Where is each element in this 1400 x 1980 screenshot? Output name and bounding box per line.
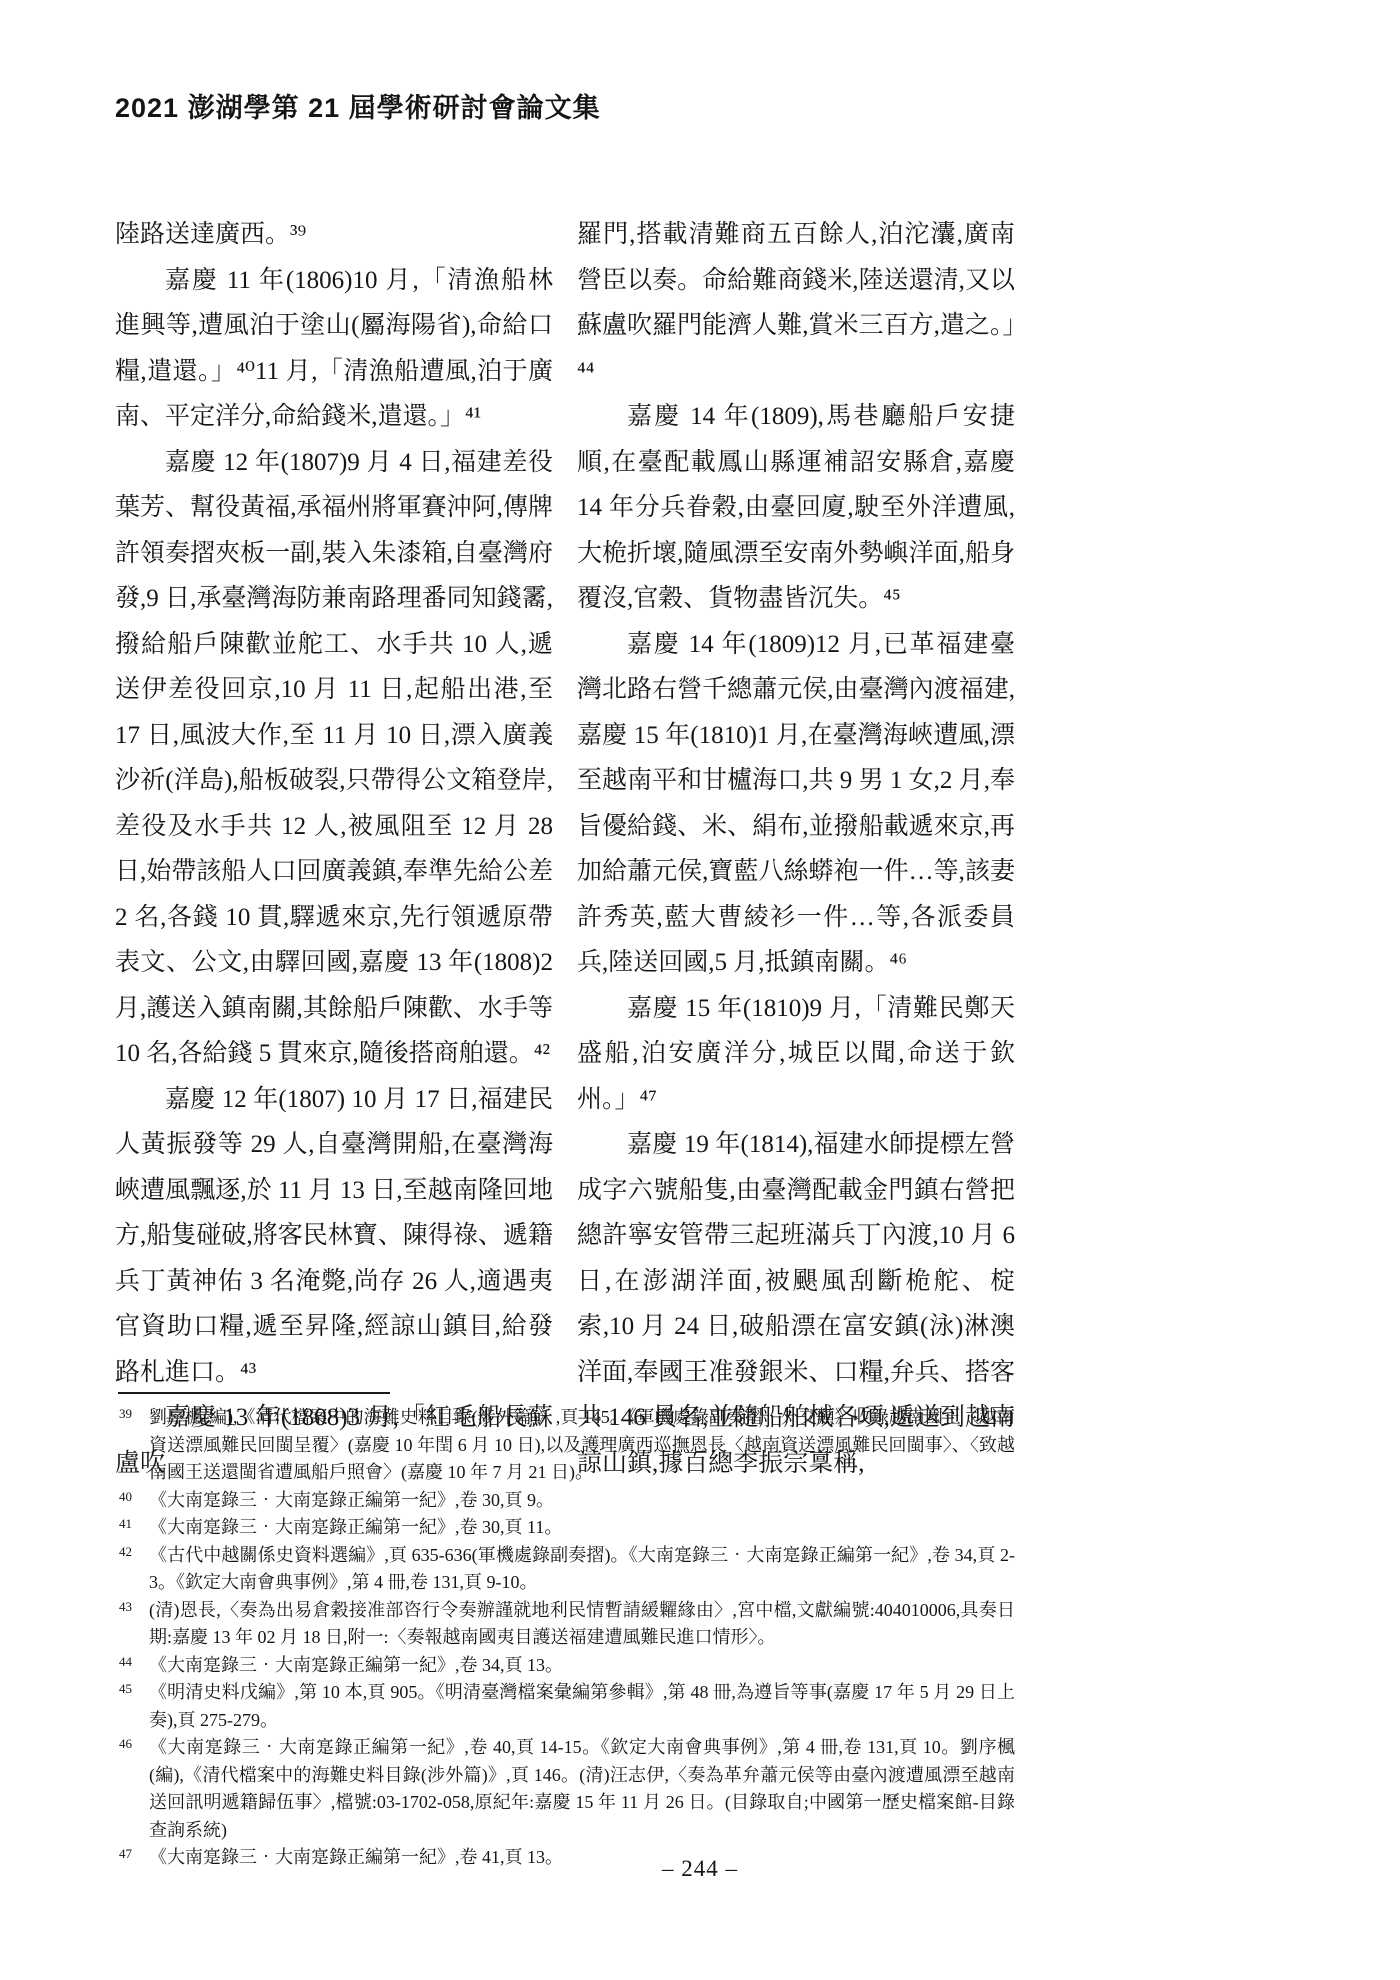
page-number: – 244 –: [0, 1856, 1400, 1882]
footnote: 45《明清史料戊編》,第 10 本,頁 905。《明清臺灣檔案彙編第參輯》,第 …: [115, 1679, 1015, 1734]
footnote-number: 43: [119, 1597, 132, 1617]
body-column-left: 陸路送達廣西。³⁹ 嘉慶 11 年(1806)10 月,「清漁船林進興等,遭風泊…: [115, 212, 553, 1486]
footnotes-section: 39劉序楓(編),《清代檔案中的海難史料目錄(涉外篇)》,頁 145。《軍機處錄…: [115, 1404, 1015, 1872]
footnote-separator: [118, 1392, 390, 1394]
footnote-text: (清)恩長,〈奏為出易倉穀接准部咨行令奏辦謹就地利民情暫請緩糶緣由〉,宮中檔,文…: [149, 1600, 1015, 1648]
body-paragraph: 嘉慶 12 年(1807) 10 月 17 日,福建民人黃振發等 29 人,自臺…: [115, 1077, 553, 1396]
footnote-number: 40: [119, 1487, 132, 1507]
body-paragraph: 嘉慶 14 年(1809)12 月,已革福建臺灣北路右營千總蕭元侯,由臺灣內渡福…: [577, 622, 1015, 986]
proceedings-header: 2021 澎湖學第 21 屆學術研討會論文集: [115, 86, 601, 125]
footnote: 42《古代中越關係史資料選編》,頁 635-636(軍機處錄副奏摺)。《大南寔錄…: [115, 1542, 1015, 1597]
footnote: 40《大南寔錄三‧大南寔錄正編第一紀》,卷 30,頁 9。: [115, 1487, 1015, 1515]
footnote-text: 《大南寔錄三‧大南寔錄正編第一紀》,卷 30,頁 11。: [149, 1517, 562, 1537]
footnote-number: 42: [119, 1542, 132, 1562]
body-paragraph: 羅門,搭載清難商五百餘人,泊沱灢,廣南營臣以奏。命給難商錢米,陸送還清,又以蘇盧…: [577, 212, 1015, 394]
footnote-number: 46: [119, 1734, 132, 1754]
body-paragraph: 嘉慶 12 年(1807)9 月 4 日,福建差役葉芳、幫役黃福,承福州將軍賽沖…: [115, 440, 553, 1077]
footnote-text: 《大南寔錄三‧大南寔錄正編第一紀》,卷 40,頁 14-15。《欽定大南會典事例…: [149, 1737, 1015, 1840]
footnote: 41《大南寔錄三‧大南寔錄正編第一紀》,卷 30,頁 11。: [115, 1514, 1015, 1542]
document-page: 2021 澎湖學第 21 屆學術研討會論文集 陸路送達廣西。³⁹ 嘉慶 11 年…: [0, 0, 1400, 1980]
body-paragraph: 陸路送達廣西。³⁹: [115, 212, 553, 258]
footnote: 43(清)恩長,〈奏為出易倉穀接准部咨行令奏辦謹就地利民情暫請緩糶緣由〉,宮中檔…: [115, 1597, 1015, 1652]
body-paragraph: 嘉慶 15 年(1810)9 月,「清難民鄭天盛船,泊安廣洋分,城臣以聞,命送于…: [577, 986, 1015, 1123]
footnote-number: 41: [119, 1514, 132, 1534]
footnote-text: 《古代中越關係史資料選編》,頁 635-636(軍機處錄副奏摺)。《大南寔錄三‧…: [149, 1545, 1015, 1593]
footnote-text: 《大南寔錄三‧大南寔錄正編第一紀》,卷 34,頁 13。: [149, 1655, 563, 1675]
footnote-text: 《大南寔錄三‧大南寔錄正編第一紀》,卷 30,頁 9。: [149, 1490, 554, 1510]
footnote-number: 45: [119, 1679, 132, 1699]
body-paragraph: 嘉慶 11 年(1806)10 月,「清漁船林進興等,遭風泊于塗山(屬海陽省),…: [115, 258, 553, 440]
footnote-text: 劉序楓(編),《清代檔案中的海難史料目錄(涉外篇)》,頁 145。《軍機處錄副奏…: [149, 1407, 1015, 1482]
footnote-number: 39: [119, 1404, 132, 1424]
footnote: 46《大南寔錄三‧大南寔錄正編第一紀》,卷 40,頁 14-15。《欽定大南會典…: [115, 1734, 1015, 1844]
body-column-right: 羅門,搭載清難商五百餘人,泊沱灢,廣南營臣以奏。命給難商錢米,陸送還清,又以蘇盧…: [577, 212, 1015, 1486]
footnote-text: 《明清史料戊編》,第 10 本,頁 905。《明清臺灣檔案彙編第參輯》,第 48…: [149, 1682, 1015, 1730]
footnote-number: 44: [119, 1652, 132, 1672]
footnote: 39劉序楓(編),《清代檔案中的海難史料目錄(涉外篇)》,頁 145。《軍機處錄…: [115, 1404, 1015, 1487]
body-paragraph: 嘉慶 14 年(1809),馬巷廳船戶安捷順,在臺配載鳳山縣運補詔安縣倉,嘉慶 …: [577, 394, 1015, 622]
body-text: 陸路送達廣西。³⁹ 嘉慶 11 年(1806)10 月,「清漁船林進興等,遭風泊…: [115, 212, 1015, 1486]
footnote: 44《大南寔錄三‧大南寔錄正編第一紀》,卷 34,頁 13。: [115, 1652, 1015, 1680]
